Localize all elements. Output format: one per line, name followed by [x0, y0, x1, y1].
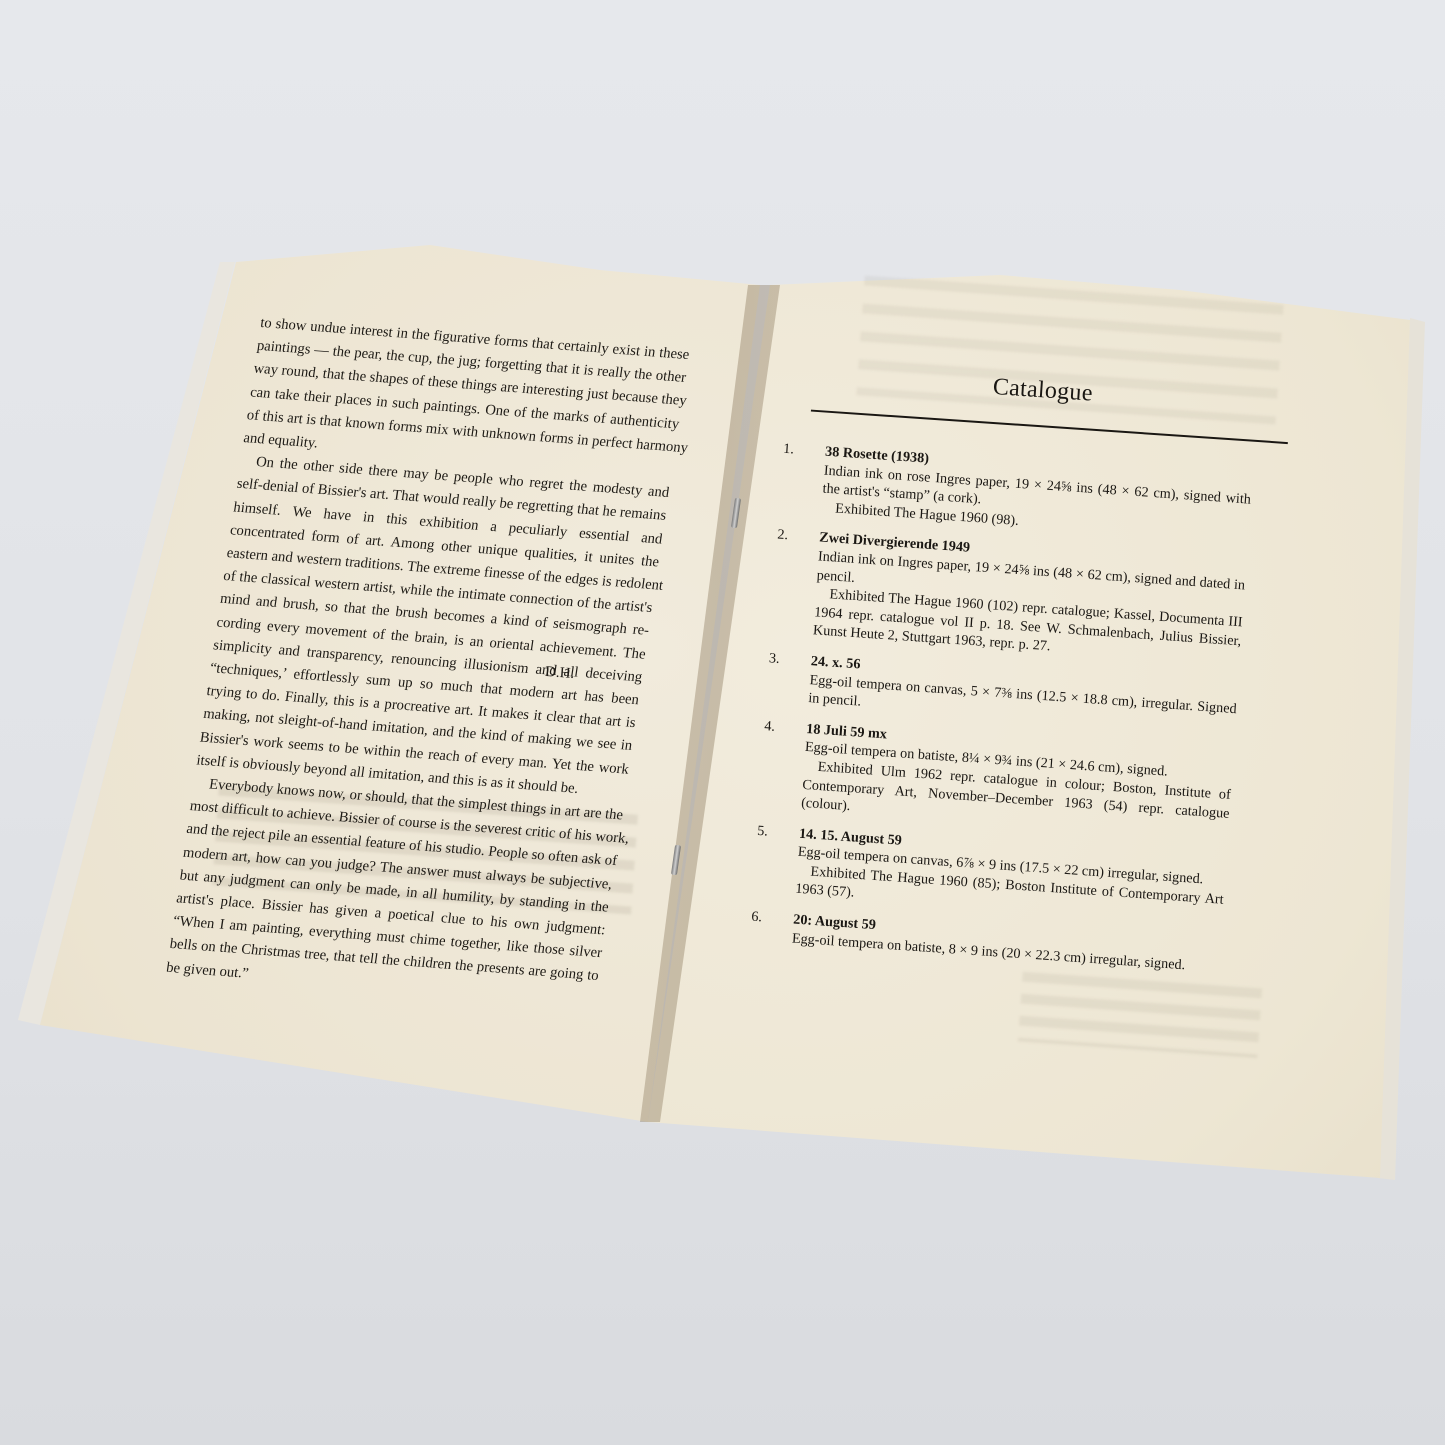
entry-number: 6. [751, 908, 763, 927]
entry-number: 4. [764, 717, 776, 736]
catalogue-entry: 4. 18 Juli 59 mx Egg-oil tempera on bati… [759, 717, 1234, 842]
essay-paragraph-3: Everybody knows now, or should, that the… [165, 772, 624, 1011]
catalogue-entry: 2. Zwei Divergierende 1949 Indian ink on… [770, 526, 1246, 669]
essay-paragraph-2: On the other side there may be people wh… [195, 450, 671, 804]
entry-number: 5. [757, 822, 769, 841]
entry-number: 2. [777, 526, 789, 545]
photo-scene: to show undue interest in the figurative… [0, 0, 1445, 1445]
author-signature: D.H. [544, 664, 574, 683]
entry-number: 3. [768, 649, 780, 668]
entry-number: 1. [783, 440, 795, 459]
catalogue-entries: 1. 38 Rosette (1938) Indian ink on rose … [749, 440, 1253, 989]
